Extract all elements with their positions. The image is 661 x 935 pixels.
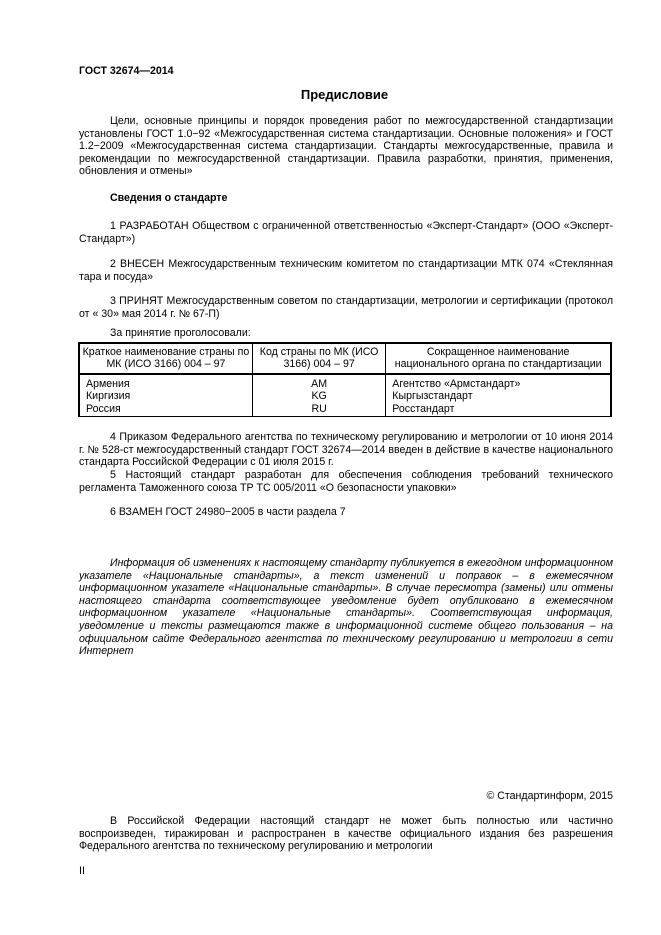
votes-table: Краткое наименование страны по МК (ИСО 3… — [78, 342, 612, 417]
cell-code: RU — [252, 403, 385, 417]
item-6-text: 6 ВЗАМЕН ГОСТ 24980−2005 в части раздела… — [110, 506, 346, 518]
change-notice-text: Информация об изменениях к настоящему ст… — [79, 557, 613, 657]
cell-code: KG — [252, 390, 385, 402]
info-heading-text: Сведения о стандарте — [110, 192, 227, 204]
cell-body: Росстандарт — [386, 403, 611, 417]
table-row: Киргизия KG Кыргызстандарт — [79, 390, 611, 402]
header-country: Краткое наименование страны по МК (ИСО 3… — [79, 343, 252, 374]
cell-country: Армения — [79, 374, 252, 390]
table-row: Россия RU Росстандарт — [79, 403, 611, 417]
page-number: II — [79, 865, 85, 878]
item-5-text: 5 Настоящий стандарт разработан для обес… — [79, 469, 613, 494]
legal-notice: В Российской Федерации настоящий стандар… — [79, 815, 613, 853]
header-body: Сокращенное наименование национального о… — [386, 343, 611, 374]
item-4: 4 Приказом Федерального агентства по тех… — [79, 431, 613, 469]
item-4-text: 4 Приказом Федерального агентства по тех… — [79, 431, 613, 468]
cell-code: AM — [252, 374, 385, 390]
page-title-text: Предисловие — [301, 87, 388, 102]
item-6: 6 ВЗАМЕН ГОСТ 24980−2005 в части раздела… — [79, 506, 613, 519]
item-5: 5 Настоящий стандарт разработан для обес… — [79, 469, 613, 494]
info-heading: Сведения о стандарте — [79, 192, 613, 205]
cell-body: Агентство «Армстандарт» — [386, 374, 611, 390]
header-code: Код страны по МК (ИСО 3166) 004 – 97 — [252, 343, 385, 374]
item-1: 1 РАЗРАБОТАН Обществом с ограниченной от… — [79, 220, 613, 245]
item-2-text: 2 ВНЕСЕН Межгосударственным техническим … — [79, 258, 613, 283]
item-2: 2 ВНЕСЕН Межгосударственным техническим … — [79, 258, 613, 283]
votes-label: За принятие проголосовали: — [79, 327, 613, 340]
intro-text: Цели, основные принципы и порядок провед… — [79, 115, 613, 177]
table-header-row: Краткое наименование страны по МК (ИСО 3… — [79, 343, 611, 374]
item-1-text: 1 РАЗРАБОТАН Обществом с ограниченной от… — [79, 220, 613, 245]
page-title: Предисловие — [0, 89, 661, 102]
item-3-text: 3 ПРИНЯТ Межгосударственным советом по с… — [79, 295, 613, 320]
votes-label-text: За принятие проголосовали: — [110, 327, 251, 339]
legal-notice-text: В Российской Федерации настоящий стандар… — [79, 815, 613, 852]
cell-body: Кыргызстандарт — [386, 390, 611, 402]
document-id: ГОСТ 32674—2014 — [79, 65, 174, 78]
cell-country: Россия — [79, 403, 252, 417]
change-notice: Информация об изменениях к настоящему ст… — [79, 557, 613, 658]
table-row: Армения AM Агентство «Армстандарт» — [79, 374, 611, 390]
item-3: 3 ПРИНЯТ Межгосударственным советом по с… — [79, 295, 613, 320]
intro-paragraph: Цели, основные принципы и порядок провед… — [79, 115, 613, 178]
copyright: © Стандартинформ, 2015 — [79, 790, 613, 803]
cell-country: Киргизия — [79, 390, 252, 402]
